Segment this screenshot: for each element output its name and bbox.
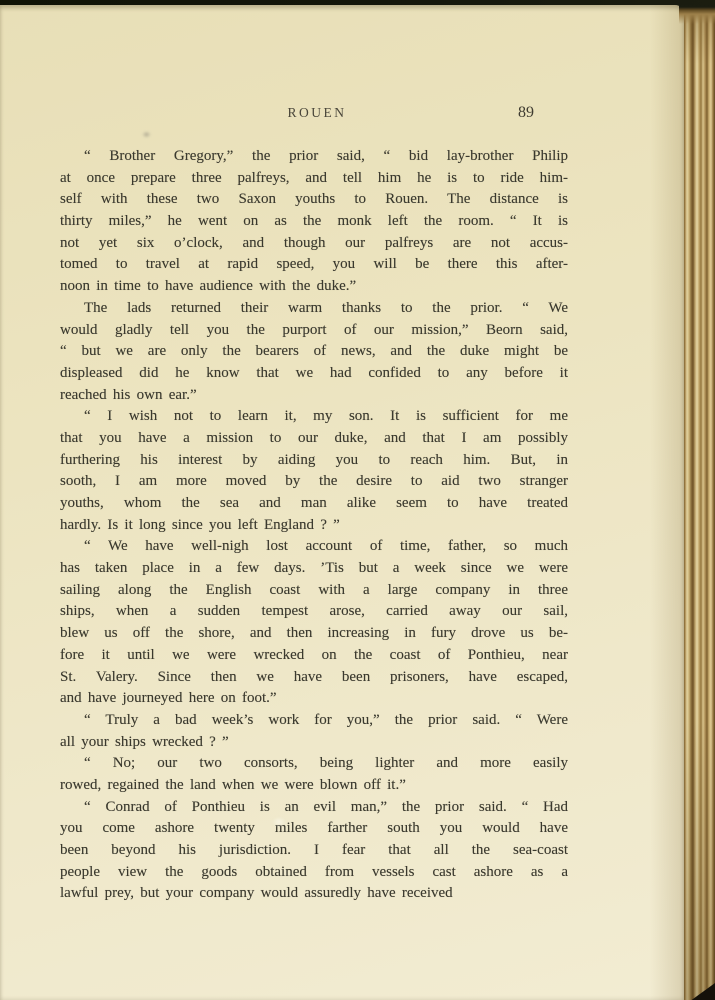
text-line: ships, when a sudden tempest arose, carr… bbox=[60, 601, 568, 623]
paragraph: “ We have well-nigh lost account of time… bbox=[60, 536, 568, 710]
text-line: “ We have well-nigh lost account of time… bbox=[60, 536, 568, 558]
paragraph: “ Truly a bad week’s work for you,” the … bbox=[60, 710, 568, 753]
text-line: would gladly tell you the purport of our… bbox=[60, 320, 568, 342]
text-line: self with these two Saxon youths to Roue… bbox=[60, 189, 568, 211]
text-line: people view the goods obtained from vess… bbox=[60, 862, 568, 884]
text-line: you come ashore twenty miles farther sou… bbox=[60, 818, 568, 840]
text-line: youths, whom the sea and man alike seem … bbox=[60, 493, 568, 515]
text-line: sailing along the English coast with a l… bbox=[60, 580, 568, 602]
text-line: fore it until we were wrecked on the coa… bbox=[60, 645, 568, 667]
page-text: “ Brother Gregory,” the prior said, “ bi… bbox=[60, 146, 568, 905]
paragraph: “ Brother Gregory,” the prior said, “ bi… bbox=[60, 146, 568, 298]
text-line: lawful prey, but your company would assu… bbox=[60, 883, 568, 905]
book-fore-edge bbox=[684, 4, 715, 1000]
page-number: 89 bbox=[518, 104, 534, 122]
text-line: displeased did he know that we had confi… bbox=[60, 363, 568, 385]
text-line: all your ships wrecked ? ” bbox=[60, 732, 568, 754]
text-line: noon in time to have audience with the d… bbox=[60, 276, 568, 298]
running-head-title: ROUEN bbox=[288, 105, 347, 121]
paper-flaw bbox=[272, 817, 286, 827]
text-line: furthering his interest by aiding you to… bbox=[60, 450, 568, 472]
text-line: not yet six o’clock, and though our palf… bbox=[60, 233, 568, 255]
text-line: tomed to travel at rapid speed, you will… bbox=[60, 254, 568, 276]
text-line: “ I wish not to learn it, my son. It is … bbox=[60, 406, 568, 428]
text-line: been beyond his jurisdiction. I fear tha… bbox=[60, 840, 568, 862]
text-line: “ No; our two consorts, being lighter an… bbox=[60, 753, 568, 775]
book-page: ROUEN 89 “ Brother Gregory,” the prior s… bbox=[0, 5, 684, 1000]
paragraph: “ I wish not to learn it, my son. It is … bbox=[60, 406, 568, 536]
text-line: blew us off the shore, and then increasi… bbox=[60, 623, 568, 645]
text-line: that you have a mission to our duke, and… bbox=[60, 428, 568, 450]
text-line: “ Truly a bad week’s work for you,” the … bbox=[60, 710, 568, 732]
paragraph: The lads returned their warm thanks to t… bbox=[60, 298, 568, 406]
text-line: hardly. Is it long since you left Englan… bbox=[60, 515, 568, 537]
book-scan: ROUEN 89 “ Brother Gregory,” the prior s… bbox=[0, 0, 715, 1000]
text-line: reached his own ear.” bbox=[60, 385, 568, 407]
text-line: “ but we are only the bearers of news, a… bbox=[60, 341, 568, 363]
text-line: sooth, I am more moved by the desire to … bbox=[60, 471, 568, 493]
text-line: “ Conrad of Ponthieu is an evil man,” th… bbox=[60, 797, 568, 819]
text-line: and have journeyed here on foot.” bbox=[60, 688, 568, 710]
paper-smudge bbox=[142, 131, 151, 138]
text-line: thirty miles,” he went on as the monk le… bbox=[60, 211, 568, 233]
paragraph: “ No; our two consorts, being lighter an… bbox=[60, 753, 568, 796]
text-line: at once prepare three palfreys, and tell… bbox=[60, 168, 568, 190]
text-line: has taken place in a few days. ’Tis but … bbox=[60, 558, 568, 580]
text-line: The lads returned their warm thanks to t… bbox=[60, 298, 568, 320]
text-line: rowed, regained the land when we were bl… bbox=[60, 775, 568, 797]
text-line: “ Brother Gregory,” the prior said, “ bi… bbox=[60, 146, 568, 168]
paragraph: “ Conrad of Ponthieu is an evil man,” th… bbox=[60, 797, 568, 905]
text-line: St. Valery. Since then we have been pris… bbox=[60, 667, 568, 689]
scan-top-edge bbox=[0, 0, 715, 5]
